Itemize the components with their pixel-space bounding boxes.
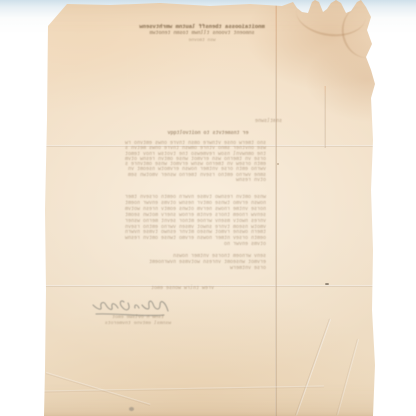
letter-paper-sheet: mnoitaioossa tbensff lautnm wmrhtvsenw s… [0, 0, 416, 416]
paper-edge-vignette [0, 0, 416, 416]
scanned-letter-verso-photo: mnoitaioossa tbensff lautnm wmrhtvsenw s… [0, 0, 416, 416]
